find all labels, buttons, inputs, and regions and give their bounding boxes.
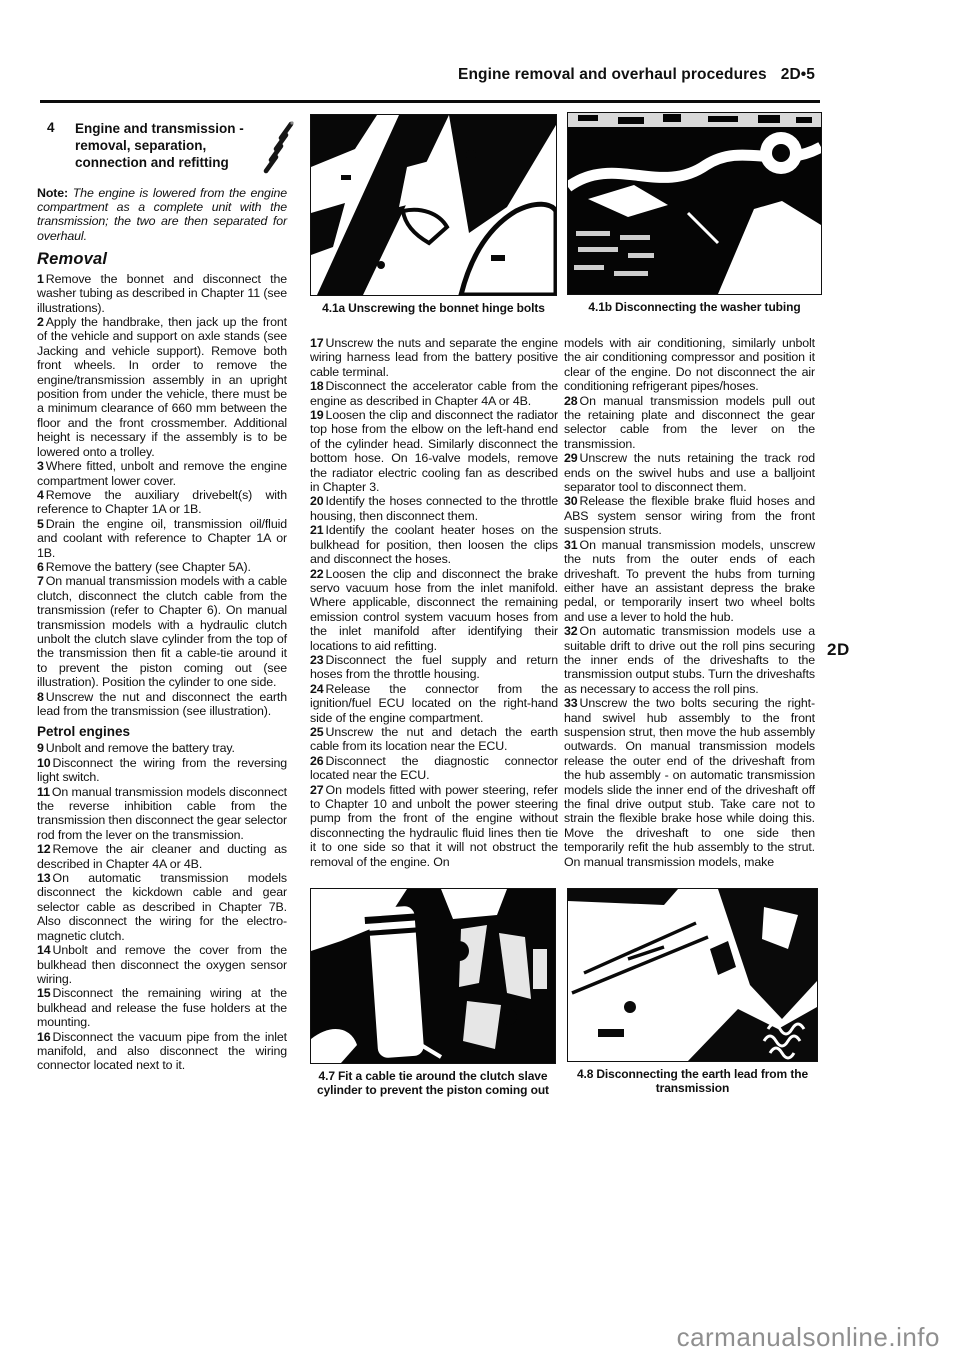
paragraph-number: 20	[310, 494, 326, 508]
paragraph-number: 8	[37, 690, 46, 704]
paragraph: 32On automatic transmission models use a…	[564, 624, 815, 696]
figure-4-1a: 4.1aUnscrewing the bonnet hinge bolts	[310, 114, 557, 315]
paragraph: 20Identify the hoses connected to the th…	[310, 494, 558, 523]
paragraph: 3Where fitted, unbolt and remove the eng…	[37, 459, 287, 488]
paragraph-text: Identify the coolant heater hoses on the…	[310, 523, 558, 566]
section-title-line: removal, separation,	[75, 137, 287, 154]
paragraph-list: 17Unscrew the nuts and separate the engi…	[310, 336, 558, 869]
paragraph-number: 25	[310, 725, 326, 739]
paragraph: 15Disconnect the remaining wiring at the…	[37, 986, 287, 1029]
caption-text: Fit a cable tie around the clutch slave …	[317, 1069, 549, 1097]
paragraph-text: On models fitted with power steering, re…	[310, 783, 558, 869]
section-title: Engine and transmission - removal, separ…	[75, 120, 287, 171]
paragraph-text: On automatic transmission models disconn…	[37, 871, 287, 943]
paragraph: 2Apply the handbrake, then jack up the f…	[37, 315, 287, 459]
paragraph-text: Unbolt and remove the battery tray.	[46, 741, 235, 755]
paragraph-text: Release the connector from the ignition/…	[310, 682, 558, 725]
paragraph: 27On models fitted with power steering, …	[310, 783, 558, 869]
paragraph: 26Disconnect the diagnostic connector lo…	[310, 754, 558, 783]
figure-4-8: 4.8Disconnecting the earth lead from the…	[567, 888, 818, 1095]
paragraph-text: On manual transmission models, unscrew t…	[564, 538, 815, 624]
paragraph-number: 19	[310, 408, 326, 422]
paragraph-text: Remove the bonnet and disconnect the was…	[37, 272, 287, 315]
paragraph-text: Unscrew the nut and disconnect the earth…	[37, 690, 287, 718]
paragraph-number: 5	[37, 517, 46, 531]
paragraph-text: Unscrew the nut and detach the earth cab…	[310, 725, 558, 753]
figure-caption: 4.1aUnscrewing the bonnet hinge bolts	[310, 301, 557, 315]
paragraph-number: 1	[37, 272, 46, 286]
paragraph-number: 29	[564, 451, 580, 465]
right-column: models with air conditioning, similarly …	[564, 336, 815, 869]
paragraph-text: Disconnect the fuel supply and return ho…	[310, 653, 558, 681]
paragraph-text: Loosen the clip and disconnect the radia…	[310, 408, 558, 494]
paragraph-text: Remove the air cleaner and ducting as de…	[37, 842, 287, 870]
figure-photo-bonnet-hinge	[310, 114, 557, 296]
paragraph-text: On manual transmission models with a cab…	[37, 574, 287, 689]
section-heading: 4 Engine and transmission - removal, sep…	[37, 120, 287, 176]
paragraph-text: Remove the battery (see Chapter 5A).	[46, 560, 251, 574]
middle-column: 17Unscrew the nuts and separate the engi…	[310, 336, 558, 869]
paragraph: 16Disconnect the vacuum pipe from the in…	[37, 1030, 287, 1073]
caption-number: 4.1b	[588, 300, 615, 314]
manual-page: Engine removal and overhaul procedures2D…	[0, 0, 960, 1362]
paragraph-number: 33	[564, 696, 580, 710]
section-title-line: connection and refitting	[75, 154, 287, 171]
paragraph: 21Identify the coolant heater hoses on t…	[310, 523, 558, 566]
paragraph: 17Unscrew the nuts and separate the engi…	[310, 336, 558, 379]
paragraph-number: 4	[37, 488, 46, 502]
paragraph-number: 31	[564, 538, 580, 552]
figure-4-7: 4.7Fit a cable tie around the clutch sla…	[310, 888, 556, 1097]
header-rule	[40, 100, 820, 103]
difficulty-spanner-icon	[261, 120, 295, 176]
paragraph-number: 28	[564, 394, 580, 408]
paragraph-text: Disconnect the diagnostic connector loca…	[310, 754, 558, 782]
caption-text: Disconnecting the washer tubing	[615, 300, 801, 314]
figure-4-1b: 4.1bDisconnecting the washer tubing	[567, 112, 822, 314]
paragraph-number: 13	[37, 871, 53, 885]
paragraph: 1Remove the bonnet and disconnect the wa…	[37, 272, 287, 315]
paragraph-text: On manual transmission models disconnect…	[37, 785, 287, 842]
paragraph-list: models with air conditioning, similarly …	[564, 336, 815, 869]
paragraph-number: 22	[310, 567, 326, 581]
paragraph: 23Disconnect the fuel supply and return …	[310, 653, 558, 682]
section-number: 4	[47, 120, 55, 135]
paragraph: 8Unscrew the nut and disconnect the eart…	[37, 690, 287, 719]
caption-number: 4.1a	[322, 301, 348, 315]
paragraph-number: 10	[37, 756, 53, 770]
note-text: The engine is lowered from the engine co…	[37, 186, 287, 243]
section-title-line: Engine and transmission -	[75, 120, 287, 137]
paragraph-text: models with air conditioning, similarly …	[564, 336, 815, 393]
paragraph-number: 27	[310, 783, 326, 797]
paragraph-text: Where fitted, unbolt and remove the engi…	[37, 459, 287, 487]
paragraph: 24Release the connector from the ignitio…	[310, 682, 558, 725]
paragraph: 29Unscrew the nuts retaining the track r…	[564, 451, 815, 494]
paragraph: 9Unbolt and remove the battery tray.	[37, 741, 287, 755]
paragraph: models with air conditioning, similarly …	[564, 336, 815, 394]
paragraph: 11On manual transmission models disconne…	[37, 785, 287, 843]
paragraph: 5Drain the engine oil, transmission oil/…	[37, 517, 287, 560]
figure-caption: 4.1bDisconnecting the washer tubing	[567, 300, 822, 314]
paragraph-number: 23	[310, 653, 326, 667]
paragraph: 7On manual transmission models with a ca…	[37, 574, 287, 689]
paragraph-text: Identify the hoses connected to the thro…	[310, 494, 558, 522]
header-title: Engine removal and overhaul procedures	[458, 66, 767, 83]
paragraph-text: Unscrew the nuts retaining the track rod…	[564, 451, 815, 494]
removal-heading: Removal	[37, 250, 287, 269]
figure-photo-washer-tubing	[567, 112, 822, 295]
paragraph-number: 24	[310, 682, 326, 696]
figure-photo-clutch-slave-cylinder	[310, 888, 556, 1064]
paragraph-text: Remove the auxiliary drivebelt(s) with r…	[37, 488, 287, 516]
paragraph: 13On automatic transmission models disco…	[37, 871, 287, 943]
paragraph: 30Release the flexible brake fluid hoses…	[564, 494, 815, 537]
paragraph-number: 12	[37, 842, 53, 856]
paragraph: 10Disconnect the wiring from the reversi…	[37, 756, 287, 785]
paragraph-text: Unbolt and remove the cover from the bul…	[37, 943, 287, 986]
note: Note: The engine is lowered from the eng…	[37, 186, 287, 243]
paragraph-list: 1Remove the bonnet and disconnect the wa…	[37, 272, 287, 719]
figure-caption: 4.7Fit a cable tie around the clutch sla…	[310, 1069, 556, 1097]
paragraph-number: 11	[37, 785, 52, 799]
paragraph-number: 3	[37, 459, 46, 473]
paragraph: 4Remove the auxiliary drivebelt(s) with …	[37, 488, 287, 517]
note-label: Note:	[37, 186, 68, 200]
paragraph-text: Unscrew the nuts and separate the engine…	[310, 336, 558, 379]
header-page-number: 2D•5	[781, 66, 815, 83]
paragraph-number: 18	[310, 379, 326, 393]
paragraph-text: Drain the engine oil, transmission oil/f…	[37, 517, 287, 560]
paragraph: 22Loosen the clip and disconnect the bra…	[310, 567, 558, 653]
petrol-engines-heading: Petrol engines	[37, 724, 287, 739]
paragraph-number: 32	[564, 624, 580, 638]
watermark-text: carmanualsonline.info	[677, 1322, 940, 1353]
left-column: 4 Engine and transmission - removal, sep…	[37, 120, 287, 1073]
paragraph: 12Remove the air cleaner and ducting as …	[37, 842, 287, 871]
figure-photo-earth-lead	[567, 888, 818, 1062]
paragraph-number: 9	[37, 741, 46, 755]
paragraph-number: 7	[37, 574, 46, 588]
paragraph-text: Disconnect the remaining wiring at the b…	[37, 986, 287, 1029]
paragraph: 31On manual transmission models, unscrew…	[564, 538, 815, 624]
paragraph-text: Disconnect the accelerator cable from th…	[310, 379, 558, 407]
paragraph-text: On manual transmission models pull out t…	[564, 394, 815, 451]
paragraph-number: 26	[310, 754, 326, 768]
paragraph-text: On automatic transmission models use a s…	[564, 624, 815, 696]
paragraph-number: 17	[310, 336, 326, 350]
paragraph-number: 16	[37, 1030, 53, 1044]
caption-text: Disconnecting the earth lead from the tr…	[596, 1067, 808, 1095]
paragraph-text: Disconnect the wiring from the reversing…	[37, 756, 287, 784]
paragraph-number: 15	[37, 986, 53, 1000]
figure-caption: 4.8Disconnecting the earth lead from the…	[567, 1067, 818, 1095]
paragraph-number: 2	[37, 315, 46, 329]
paragraph-number: 21	[310, 523, 326, 537]
paragraph-text: Disconnect the vacuum pipe from the inle…	[37, 1030, 287, 1073]
caption-number: 4.8	[577, 1067, 596, 1081]
paragraph: 28On manual transmission models pull out…	[564, 394, 815, 452]
paragraph: 18Disconnect the accelerator cable from …	[310, 379, 558, 408]
caption-number: 4.7	[319, 1069, 338, 1083]
paragraph-text: Apply the handbrake, then jack up the fr…	[37, 315, 287, 459]
chapter-tab-label: 2D	[827, 640, 850, 660]
paragraph-number: 6	[37, 560, 46, 574]
paragraph-number: 30	[564, 494, 580, 508]
paragraph-text: Loosen the clip and disconnect the brake…	[310, 567, 558, 653]
paragraph-number: 14	[37, 943, 53, 957]
paragraph-text: Unscrew the two bolts securing the right…	[564, 696, 815, 868]
paragraph: 33Unscrew the two bolts securing the rig…	[564, 696, 815, 869]
paragraph: 19Loosen the clip and disconnect the rad…	[310, 408, 558, 494]
paragraph: 6Remove the battery (see Chapter 5A).	[37, 560, 287, 574]
paragraph: 14Unbolt and remove the cover from the b…	[37, 943, 287, 986]
caption-text: Unscrewing the bonnet hinge bolts	[348, 301, 545, 315]
page-header: Engine removal and overhaul procedures2D…	[0, 66, 815, 84]
paragraph-list: 9Unbolt and remove the battery tray. 10D…	[37, 741, 287, 1072]
paragraph: 25Unscrew the nut and detach the earth c…	[310, 725, 558, 754]
paragraph-text: Release the flexible brake fluid hoses a…	[564, 494, 815, 537]
